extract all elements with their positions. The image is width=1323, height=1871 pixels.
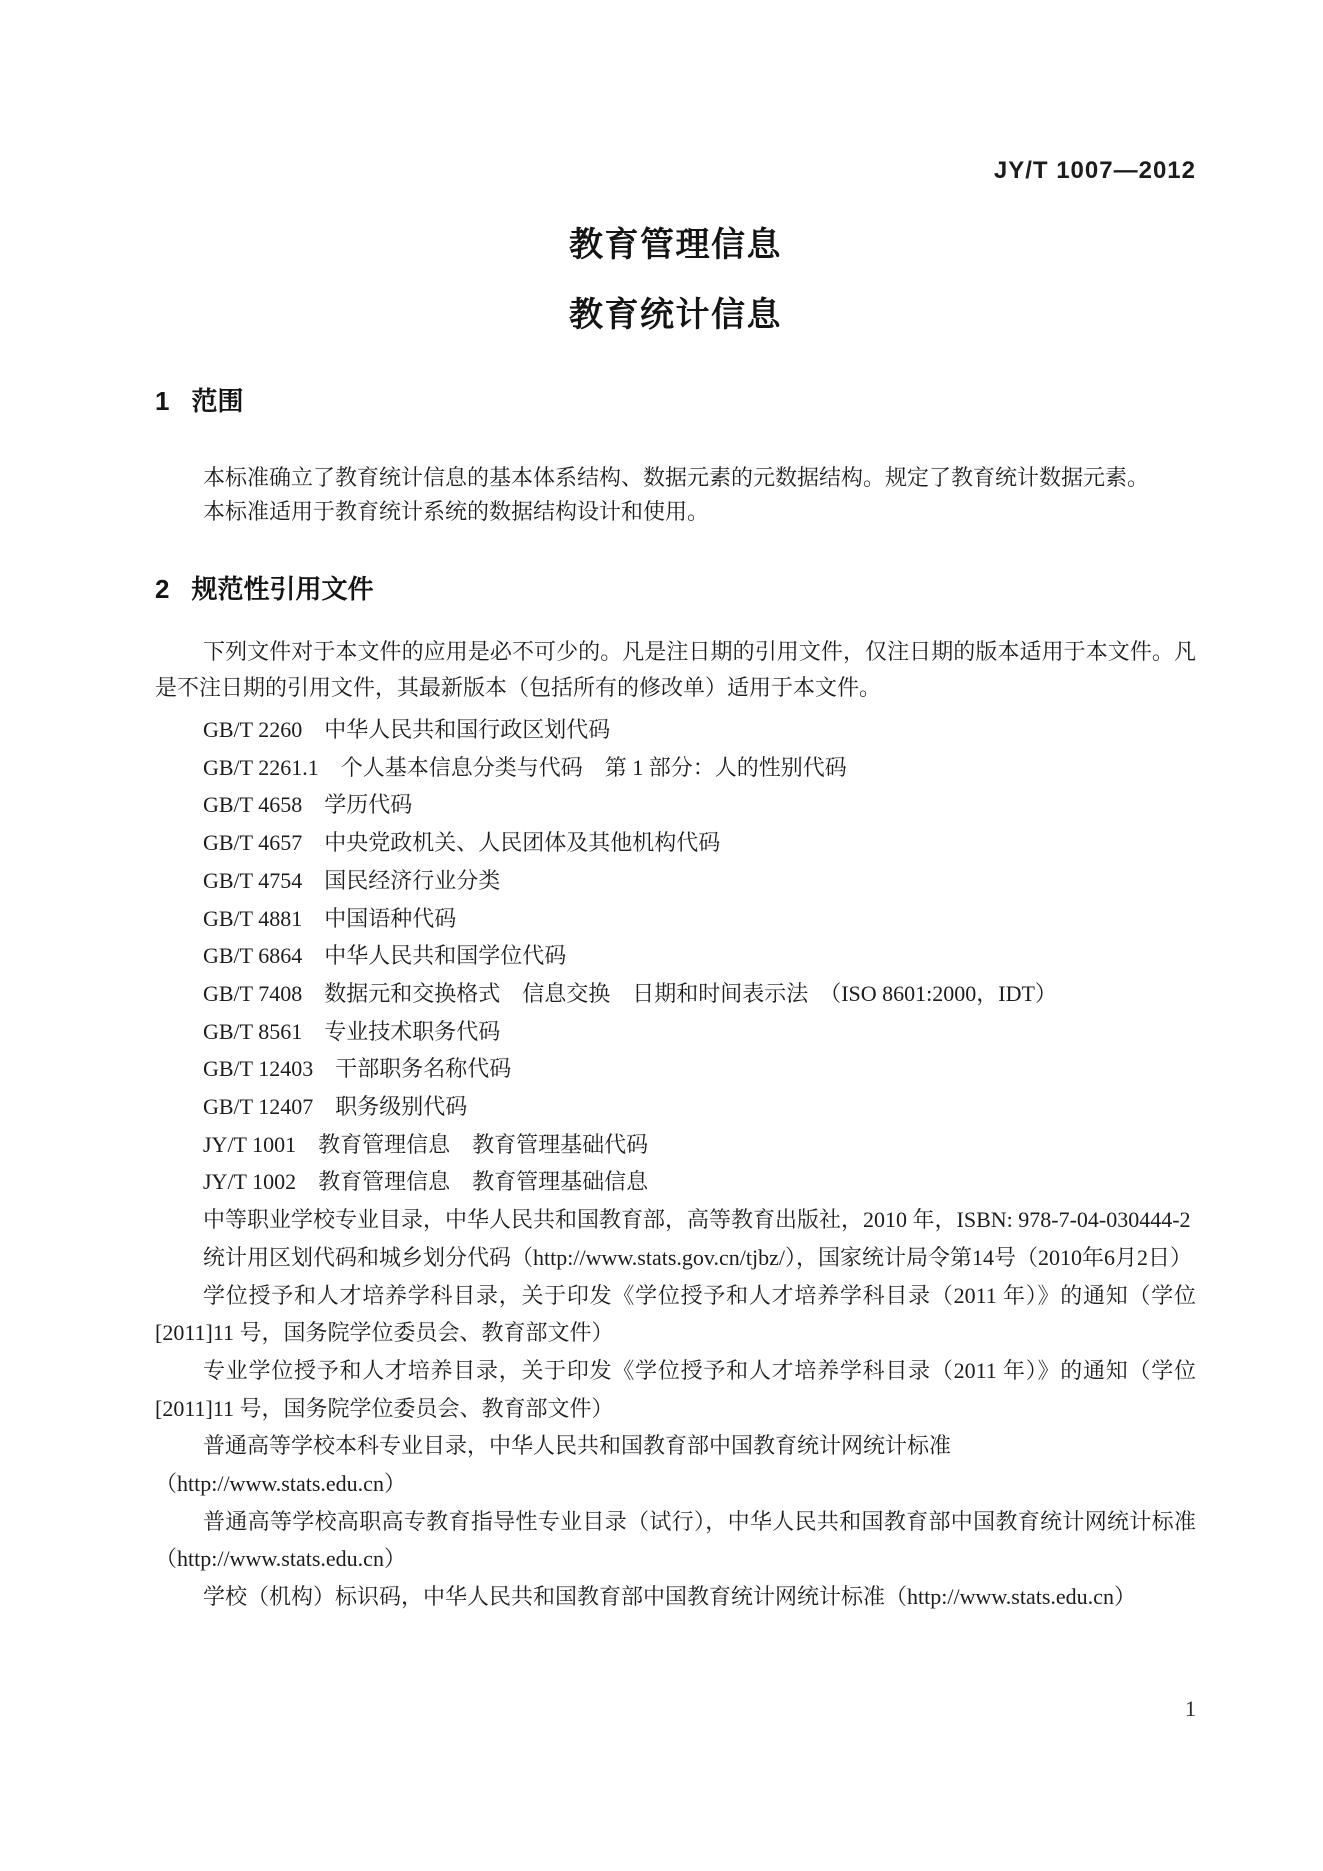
reference-item: GB/T 12403 干部职务名称代码 [155,1050,1196,1088]
reference-item: 普通高等学校高职高专教育指导性专业目录（试行），中华人民共和国教育部中国教育统计… [155,1503,1196,1578]
reference-item: 普通高等学校本科专业目录，中华人民共和国教育部中国教育统计网统计标准 （http… [155,1427,1196,1502]
reference-item: 统计用区划代码和城乡划分代码（http://www.stats.gov.cn/t… [155,1239,1196,1277]
reference-item: 学位授予和人才培养学科目录，关于印发《学位授予和人才培养学科目录（2011 年）… [155,1277,1196,1352]
reference-item: GB/T 2260 中华人民共和国行政区划代码 [155,711,1196,749]
scope-paragraph-1: 本标准确立了教育统计信息的基本体系结构、数据元素的元数据结构。规定了教育统计数据… [155,461,1196,495]
references-intro-paragraph: 下列文件对于本文件的应用是必不可少的。凡是注日期的引用文件，仅注日期的版本适用于… [155,634,1196,706]
reference-item: GB/T 4657 中央党政机关、人民团体及其他机构代码 [155,824,1196,862]
reference-item: GB/T 4658 学历代码 [155,786,1196,824]
reference-item: GB/T 12407 职务级别代码 [155,1088,1196,1126]
doc-title-line1: 教育管理信息 [155,225,1196,265]
reference-item: 中等职业学校专业目录，中华人民共和国教育部，高等教育出版社，2010 年，ISB… [155,1201,1196,1239]
section-1-heading-text: 范围 [191,386,243,416]
reference-item: 学校（机构）标识码，中华人民共和国教育部中国教育统计网统计标准（http://w… [155,1578,1196,1616]
reference-item: GB/T 6864 中华人民共和国学位代码 [155,937,1196,975]
reference-item: GB/T 4754 国民经济行业分类 [155,862,1196,900]
reference-item: 专业学位授予和人才培养目录，关于印发《学位授予和人才培养学科目录（2011 年）… [155,1352,1196,1427]
reference-item: JY/T 1001 教育管理信息 教育管理基础代码 [155,1126,1196,1164]
page-number: 1 [1185,1696,1196,1722]
references-list: GB/T 2260 中华人民共和国行政区划代码GB/T 2261.1 个人基本信… [155,711,1196,1616]
page-content: 教育管理信息 教育统计信息 1范围 本标准确立了教育统计信息的基本体系结构、数据… [155,0,1196,1616]
reference-item: JY/T 1002 教育管理信息 教育管理基础信息 [155,1163,1196,1201]
scope-paragraph-2: 本标准适用于教育统计系统的数据结构设计和使用。 [155,495,1196,529]
reference-item: GB/T 7408 数据元和交换格式 信息交换 日期和时间表示法 （ISO 86… [155,975,1196,1013]
reference-item: GB/T 2261.1 个人基本信息分类与代码 第 1 部分：人的性别代码 [155,749,1196,787]
reference-item: GB/T 4881 中国语种代码 [155,900,1196,938]
section-1-heading: 1范围 [155,385,1196,417]
document-page: JY/T 1007—2012 教育管理信息 教育统计信息 1范围 本标准确立了教… [0,0,1323,1871]
section-2-number: 2 [155,573,169,605]
section-2-heading-text: 规范性引用文件 [191,574,373,604]
section-2-heading: 2规范性引用文件 [155,573,1196,605]
doc-title-line2: 教育统计信息 [155,295,1196,335]
reference-item: GB/T 8561 专业技术职务代码 [155,1013,1196,1051]
section-1-number: 1 [155,385,169,417]
section-1-body: 本标准确立了教育统计信息的基本体系结构、数据元素的元数据结构。规定了教育统计数据… [155,461,1196,529]
